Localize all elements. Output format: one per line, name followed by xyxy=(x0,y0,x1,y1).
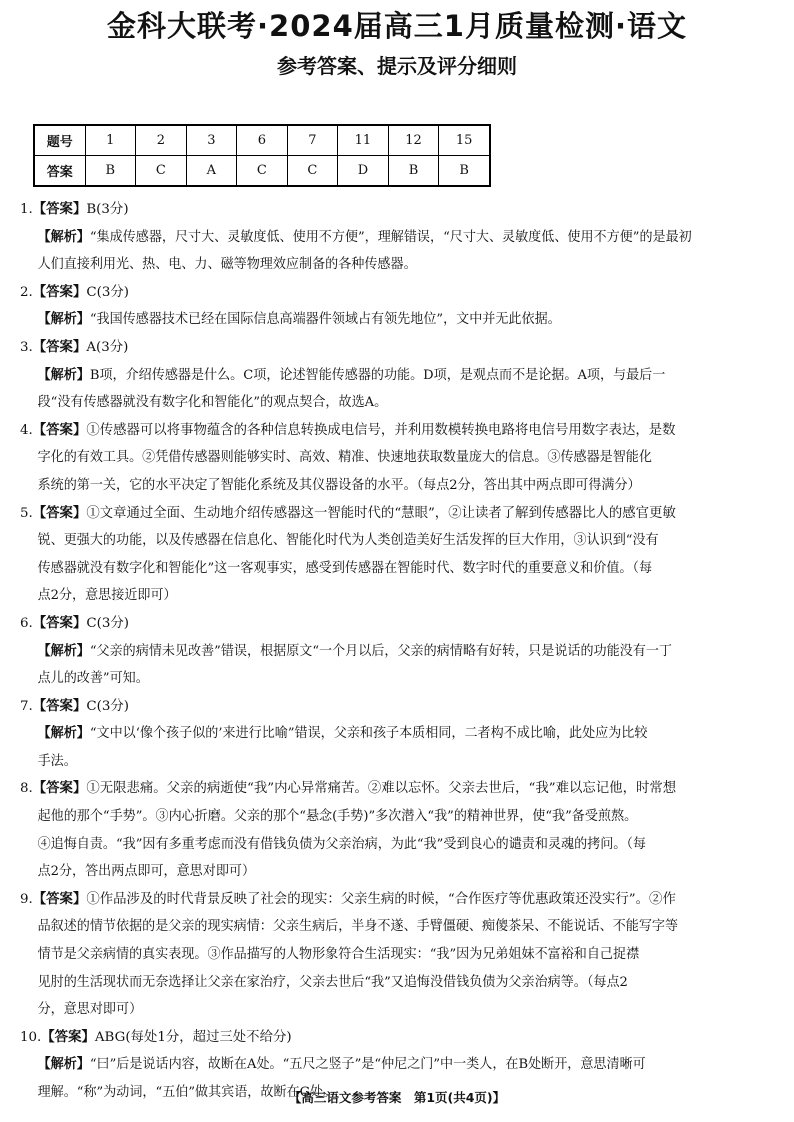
answer-text: 锐、更强大的功能，以及传感器在信息化、智能化时代为人类创造美好生活发挥的巨大作用… xyxy=(38,533,659,548)
analysis-label: 【解析】 xyxy=(38,726,90,741)
answer-text: 点2分，意思接近即可） xyxy=(38,588,177,603)
answer-text: 分，意思对即可） xyxy=(38,1002,143,1017)
answer-text: A(3分) xyxy=(86,340,128,355)
answer-cell: B xyxy=(85,156,136,187)
answer-cell: A xyxy=(186,156,237,187)
row-label: 题号 xyxy=(34,125,85,156)
analysis-line: 【解析】“我国传感器技术已经在国际信息高端器件领域占有领先地位”，文中并无此依据… xyxy=(20,306,757,334)
answer-line: 7.【答案】C(3分) xyxy=(20,693,775,721)
question-number: 2. xyxy=(20,279,33,307)
answer-label: 【答案】 xyxy=(33,285,87,300)
answer-line: 系统的第一关，它的水平决定了智能化系统及其仪器设备的水平。（每点2分，答出其中两… xyxy=(20,472,757,500)
analysis-label: 【解析】 xyxy=(38,1057,90,1072)
answer-text: ①文章通过全面、生动地介绍传感器这一智能时代的“慧眼”，②让读者了解到传感器比人… xyxy=(86,506,676,521)
question-item: 1.【答案】B(3分)【解析】“集成传感器，尺寸大、灵敏度低、使用不方便”，理解… xyxy=(20,196,775,279)
question-number: 6. xyxy=(20,610,33,638)
question-number: 3. xyxy=(20,334,33,362)
answer-label: 【答案】 xyxy=(33,423,87,438)
analysis-label: 【解析】 xyxy=(38,230,90,245)
question-number: 12 xyxy=(388,125,439,156)
analysis-text: “曰”后是说话内容，故断在A处。“五尺之竖子”是“仲尼之门”中一类人，在B处断开… xyxy=(90,1057,646,1072)
analysis-label: 【解析】 xyxy=(38,368,90,383)
question-number: 1 xyxy=(85,125,136,156)
answer-text: 见肘的生活现状而无奈选择让父亲在家治疗，父亲去世后“我”又追悔没借钱负债为父亲治… xyxy=(38,975,628,990)
question-item: 6.【答案】C(3分)【解析】“父亲的病情未见改善”错误，根据原文“一个月以后，… xyxy=(20,610,775,693)
answer-text: ABG(每处1分，超过三处不给分) xyxy=(95,1030,292,1045)
answer-text: ④追悔自责。“我”因有多重考虑而没有借钱负债为父亲治病，为此“我”受到良心的谴责… xyxy=(38,837,646,852)
question-item: 2.【答案】C(3分)【解析】“我国传感器技术已经在国际信息高端器件领域占有领先… xyxy=(20,279,775,334)
analysis-text: “父亲的病情未见改善”错误，根据原文“一个月以后，父亲的病情略有好转，只是说话的… xyxy=(90,644,672,659)
answer-text: ①无限悲痛。父亲的病逝使“我”内心异常痛苦。②难以忘怀。父亲去世后，“我”难以忘… xyxy=(86,781,676,796)
question-number-row: 题号 1 2 3 6 7 11 12 15 xyxy=(34,125,490,156)
question-number: 7. xyxy=(20,693,33,721)
question-number: 7 xyxy=(287,125,338,156)
analysis-text: 手法。 xyxy=(38,754,77,769)
analysis-line: 【解析】B项，介绍传感器是什么。C项，论述智能传感器的功能。D项，是观点而不是论… xyxy=(20,362,757,390)
analysis-text: “我国传感器技术已经在国际信息高端器件领域占有领先地位”，文中并无此依据。 xyxy=(90,312,561,327)
question-number: 8. xyxy=(20,775,33,803)
answer-label: 【答案】 xyxy=(41,1030,95,1045)
answer-line: 点2分，意思接近即可） xyxy=(20,582,757,610)
answer-cell: C xyxy=(287,156,338,187)
answer-label: 【答案】 xyxy=(33,340,87,355)
answer-line: 品叙述的情节依据的是父亲的现实病情：父亲生病后，半身不遂、手臂僵硬、痴傻茶呆、不… xyxy=(20,913,757,941)
answer-label: 【答案】 xyxy=(33,616,87,631)
question-item: 7.【答案】C(3分)【解析】“文中以‘像个孩子似的’来进行比喻”错误，父亲和孩… xyxy=(20,693,775,776)
question-number: 1. xyxy=(20,196,33,224)
analysis-text: “文中以‘像个孩子似的’来进行比喻”错误，父亲和孩子本质相同，二者构不成比喻，此… xyxy=(90,726,648,741)
analysis-line: 【解析】“集成传感器，尺寸大、灵敏度低、使用不方便”，理解错误，“尺寸大、灵敏度… xyxy=(20,224,757,252)
row-label: 答案 xyxy=(34,156,85,187)
answer-text: 点2分，答出两点即可，意思对即可） xyxy=(38,864,255,879)
answer-table: 题号 1 2 3 6 7 11 12 15 答案 B C A C C D B B xyxy=(33,124,491,187)
analysis-label: 【解析】 xyxy=(38,312,90,327)
answer-text: 传感器就没有数字化和智能化”这一客观事实，感受到传感器在智能时代、数字时代的重要… xyxy=(38,561,653,576)
analysis-line: 手法。 xyxy=(20,748,757,776)
analysis-text: “集成传感器，尺寸大、灵敏度低、使用不方便”，理解错误，“尺寸大、灵敏度低、使用… xyxy=(90,230,692,245)
answer-line: 10.【答案】ABG(每处1分，超过三处不给分) xyxy=(20,1024,775,1052)
analysis-text: 人们直接利用光、热、电、力、磁等物理效应制备的各种传感器。 xyxy=(38,257,417,272)
answer-text: ①作品涉及的时代背景反映了社会的现实：父亲生病的时候，“合作医疗等优惠政策还没实… xyxy=(86,892,676,907)
answer-cell: C xyxy=(237,156,288,187)
question-item: 5.【答案】①文章通过全面、生动地介绍传感器这一智能时代的“慧眼”，②让读者了解… xyxy=(20,500,775,610)
analysis-line: 【解析】“父亲的病情未见改善”错误，根据原文“一个月以后，父亲的病情略有好转，只… xyxy=(20,638,757,666)
analysis-text: B项，介绍传感器是什么。C项，论述智能传感器的功能。D项，是观点而不是论据。A项… xyxy=(90,368,665,383)
answer-line: 字化的有效工具。②凭借传感器则能够实时、高效、精准、快速地获取数量庞大的信息。③… xyxy=(20,444,757,472)
answer-cell: D xyxy=(338,156,389,187)
question-number: 11 xyxy=(338,125,389,156)
answer-label: 【答案】 xyxy=(33,202,87,217)
answer-cell: B xyxy=(388,156,439,187)
answer-line: 4.【答案】①传感器可以将事物蕴含的各种信息转换成电信号，并利用数模转换电路将电… xyxy=(20,417,775,445)
question-number: 5. xyxy=(20,500,33,528)
question-number: 9. xyxy=(20,886,33,914)
question-item: 4.【答案】①传感器可以将事物蕴含的各种信息转换成电信号，并利用数模转换电路将电… xyxy=(20,417,775,500)
answer-text: 字化的有效工具。②凭借传感器则能够实时、高效、精准、快速地获取数量庞大的信息。③… xyxy=(38,450,652,465)
answer-text: 系统的第一关，它的水平决定了智能化系统及其仪器设备的水平。（每点2分，答出其中两… xyxy=(38,478,641,493)
page-footer: 【高三语文参考答案 第1页(共4页)】 xyxy=(0,1088,794,1106)
answer-line: ④追悔自责。“我”因有多重考虑而没有借钱负债为父亲治病，为此“我”受到良心的谴责… xyxy=(20,831,757,859)
answer-row: 答案 B C A C C D B B xyxy=(34,156,490,187)
analysis-line: 【解析】“文中以‘像个孩子似的’来进行比喻”错误，父亲和孩子本质相同，二者构不成… xyxy=(20,720,757,748)
question-number: 6 xyxy=(237,125,288,156)
analysis-line: 段“没有传感器就没有数字化和智能化”的观点契合，故选A。 xyxy=(20,389,757,417)
answer-text: C(3分) xyxy=(86,285,129,300)
answer-line: 2.【答案】C(3分) xyxy=(20,279,775,307)
answer-line: 锐、更强大的功能，以及传感器在信息化、智能化时代为人类创造美好生活发挥的巨大作用… xyxy=(20,527,757,555)
question-item: 3.【答案】A(3分)【解析】B项，介绍传感器是什么。C项，论述智能传感器的功能… xyxy=(20,334,775,417)
answer-text: C(3分) xyxy=(86,616,129,631)
answer-label: 【答案】 xyxy=(33,892,87,907)
analysis-line: 【解析】“曰”后是说话内容，故断在A处。“五尺之竖子”是“仲尼之门”中一类人，在… xyxy=(20,1051,757,1079)
answer-line: 8.【答案】①无限悲痛。父亲的病逝使“我”内心异常痛苦。②难以忘怀。父亲去世后，… xyxy=(20,775,775,803)
question-number: 15 xyxy=(439,125,490,156)
answer-text: 情节是父亲病情的真实表现。③作品描写的人物形象符合生活现实：“我”因为兄弟姐妹不… xyxy=(38,947,640,962)
answer-line: 起他的那个“手势”。③内心折磨。父亲的那个“悬念(手势)”多次潜入“我”的精神世… xyxy=(20,803,757,831)
answer-line: 5.【答案】①文章通过全面、生动地介绍传感器这一智能时代的“慧眼”，②让读者了解… xyxy=(20,500,775,528)
analysis-line: 点儿的改善”可知。 xyxy=(20,665,757,693)
answer-line: 分，意思对即可） xyxy=(20,996,757,1024)
question-number: 10. xyxy=(20,1024,41,1052)
analysis-text: 段“没有传感器就没有数字化和智能化”的观点契合，故选A。 xyxy=(38,395,388,410)
page-subtitle: 参考答案、提示及评分细则 xyxy=(0,52,794,80)
answer-line: 见肘的生活现状而无奈选择让父亲在家治疗，父亲去世后“我”又追悔没借钱负债为父亲治… xyxy=(20,969,757,997)
answer-cell: B xyxy=(439,156,490,187)
answer-cell: C xyxy=(136,156,187,187)
answer-explanations: 1.【答案】B(3分)【解析】“集成传感器，尺寸大、灵敏度低、使用不方便”，理解… xyxy=(20,196,775,1107)
answer-line: 3.【答案】A(3分) xyxy=(20,334,775,362)
answer-label: 【答案】 xyxy=(33,506,87,521)
answer-line: 9.【答案】①作品涉及的时代背景反映了社会的现实：父亲生病的时候，“合作医疗等优… xyxy=(20,886,775,914)
page-title: 金科大联考·2024届高三1月质量检测·语文 xyxy=(0,8,794,44)
answer-text: C(3分) xyxy=(86,699,129,714)
question-item: 9.【答案】①作品涉及的时代背景反映了社会的现实：父亲生病的时候，“合作医疗等优… xyxy=(20,886,775,1024)
answer-text: ①传感器可以将事物蕴含的各种信息转换成电信号，并利用数模转换电路将电信号用数字表… xyxy=(86,423,675,438)
answer-line: 6.【答案】C(3分) xyxy=(20,610,775,638)
answer-label: 【答案】 xyxy=(33,699,87,714)
answer-line: 传感器就没有数字化和智能化”这一客观事实，感受到传感器在智能时代、数字时代的重要… xyxy=(20,555,757,583)
answer-line: 点2分，答出两点即可，意思对即可） xyxy=(20,858,757,886)
question-item: 8.【答案】①无限悲痛。父亲的病逝使“我”内心异常痛苦。②难以忘怀。父亲去世后，… xyxy=(20,775,775,885)
question-number: 3 xyxy=(186,125,237,156)
answer-label: 【答案】 xyxy=(33,781,87,796)
answer-line: 1.【答案】B(3分) xyxy=(20,196,775,224)
answer-text: 品叙述的情节依据的是父亲的现实病情：父亲生病后，半身不遂、手臂僵硬、痴傻茶呆、不… xyxy=(38,919,678,934)
analysis-label: 【解析】 xyxy=(38,644,90,659)
question-number: 2 xyxy=(136,125,187,156)
analysis-text: 点儿的改善”可知。 xyxy=(38,671,149,686)
analysis-line: 人们直接利用光、热、电、力、磁等物理效应制备的各种传感器。 xyxy=(20,251,757,279)
question-number: 4. xyxy=(20,417,33,445)
answer-text: B(3分) xyxy=(86,202,128,217)
answer-line: 情节是父亲病情的真实表现。③作品描写的人物形象符合生活现实：“我”因为兄弟姐妹不… xyxy=(20,941,757,969)
answer-text: 起他的那个“手势”。③内心折磨。父亲的那个“悬念(手势)”多次潜入“我”的精神世… xyxy=(38,809,638,824)
